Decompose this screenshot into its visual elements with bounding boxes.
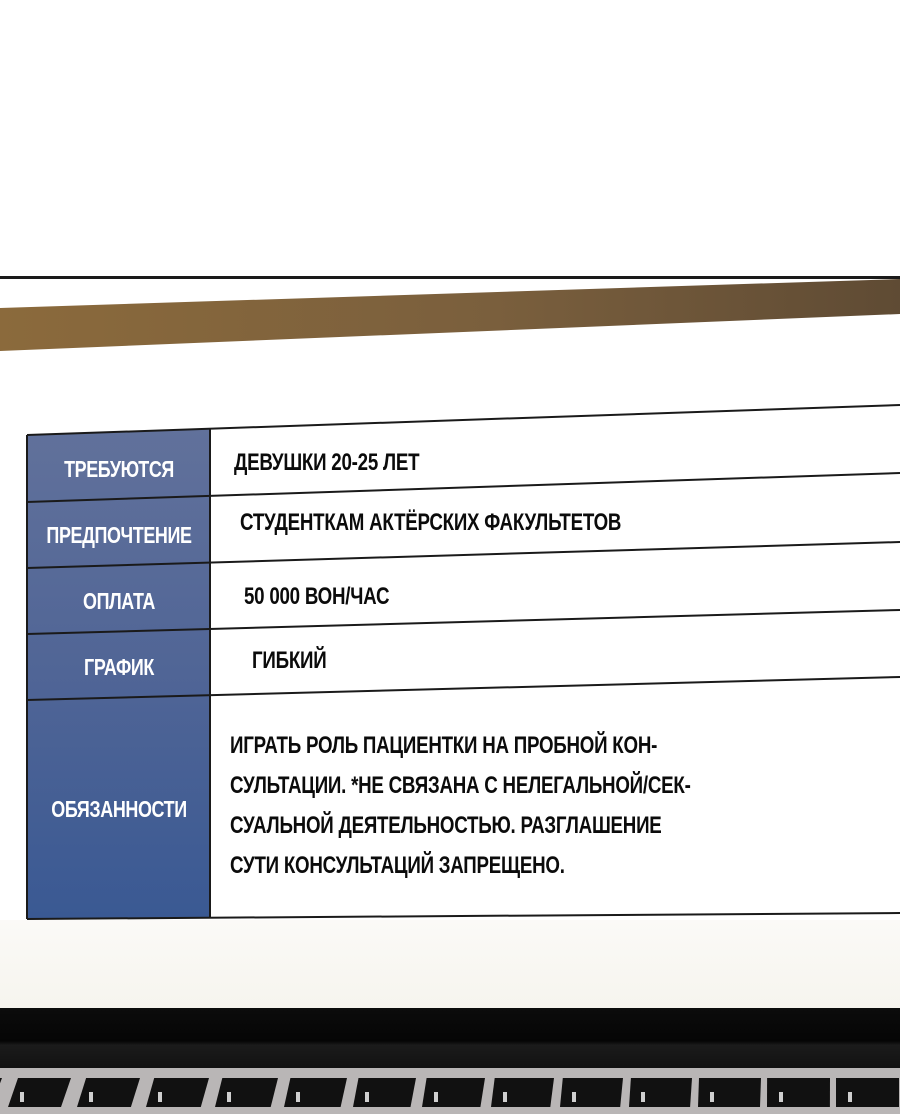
keyboard-keys — [0, 1078, 900, 1107]
value-payment: 50 000 ВОН/ЧАС — [212, 564, 900, 630]
value-schedule: ГИБКИЙ — [212, 628, 900, 694]
screen-lower-area — [0, 920, 900, 1010]
duties-line: СУТИ КОНСУЛЬТАЦИЙ ЗАПРЕЩЕНО. — [230, 846, 691, 886]
monitor-top-edge — [0, 276, 900, 279]
value-duties: ИГРАТЬ РОЛЬ ПАЦИЕНТКИ НА ПРОБНОЙ КОН- СУ… — [230, 726, 691, 886]
value-preference: СТУДЕНТКАМ АКТЁРСКИХ ФАКУЛЬТЕТОВ — [212, 490, 900, 556]
duties-line: ИГРАТЬ РОЛЬ ПАЦИЕНТКИ НА ПРОБНОЙ КОН- — [230, 726, 691, 766]
label-duties: ОБЯЗАННОСТИ — [48, 700, 190, 918]
label-schedule: ГРАФИК — [48, 634, 190, 700]
duties-line: СУЛЬТАЦИИ. *НЕ СВЯЗАНА С НЕЛЕГАЛЬНОЙ/СЕК… — [230, 766, 691, 806]
label-preference: ПРЕДПОЧТЕНИЕ — [48, 502, 190, 568]
label-payment: ОПЛАТА — [48, 568, 190, 634]
value-required: ДЕВУШКИ 20-25 ЛЕТ — [212, 430, 900, 496]
label-required: ТРЕБУЮТСЯ — [48, 436, 190, 502]
laptop-bezel — [0, 1008, 900, 1068]
duties-line: СУАЛЬНОЙ ДЕЯТЕЛЬНОСТЬЮ. РАЗГЛАШЕНИЕ — [230, 806, 691, 846]
